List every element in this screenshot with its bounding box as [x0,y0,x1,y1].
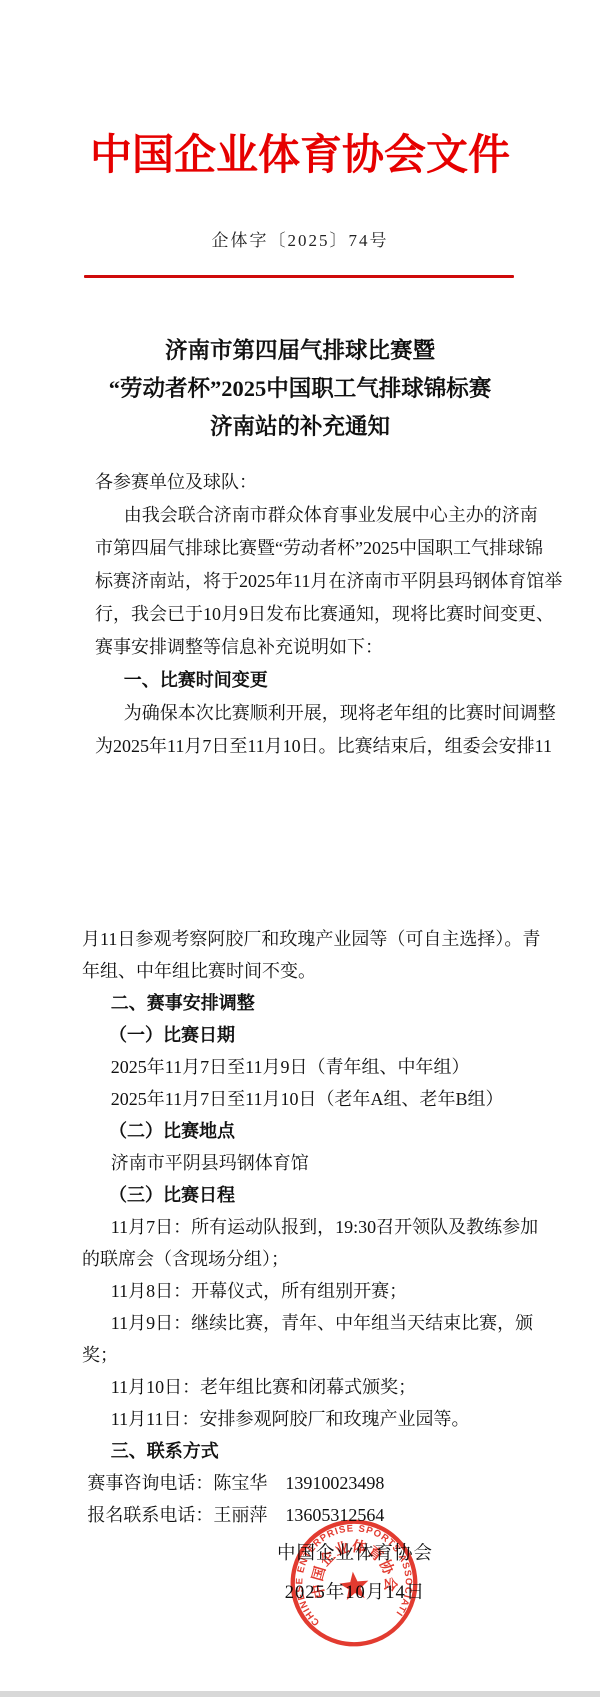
body-page-2: 月11日参观考察阿胶厂和玫瑰产业园等（可自主选择）。青年组、中年组比赛时间不变。… [0,923,600,1531]
text-line: 赛事安排调整等信息补充说明如下： [95,631,540,664]
text-line: 由我会联合济南市群众体育事业发展中心主办的济南 [95,499,540,532]
document-number: 企体字〔2025〕74号 [0,226,600,251]
text-line: 11月9日：继续比赛，青年、中年组当天结束比赛，颁 [82,1307,540,1339]
text-line: 标赛济南站，将于2025年11月在济南市平阴县玛钢体育馆举 [95,565,540,598]
text-line: 奖； [82,1339,540,1371]
text-line: 11月10日：老年组比赛和闭幕式颁奖； [82,1371,540,1403]
text-line: 11月8日：开幕仪式，所有组别开赛； [82,1275,540,1307]
text-line: 为2025年11月7日至11月10日。比赛结束后，组委会安排11 [95,730,540,763]
text-line: 11月11日：安排参观阿胶厂和玫瑰产业园等。 [82,1403,540,1435]
text-line: 月11日参观考察阿胶厂和玫瑰产业园等（可自主选择）。青 [82,923,540,955]
document-page: 中国企业体育协会文件 企体字〔2025〕74号 济南市第四届气排球比赛暨“劳动者… [0,0,600,1697]
document-title: 济南市第四届气排球比赛暨“劳动者杯”2025中国职工气排球锦标赛济南站的补充通知 [0,332,600,446]
text-line: 三、联系方式 [82,1435,540,1467]
text-line: 的联席会（含现场分组）； [82,1243,540,1275]
text-line: 市第四届气排球比赛暨“劳动者杯”2025中国职工气排球锦 [95,532,540,565]
text-line: 二、赛事安排调整 [82,987,540,1019]
official-seal-stamp-icon: CHINESE ENTERPRISE SPORTS ASSOCIATION 中国… [280,1509,427,1656]
text-line: 各参赛单位及球队： [95,466,540,499]
text-line: （二）比赛地点 [82,1115,540,1147]
text-line: 2025年11月7日至11月9日（青年组、中年组） [82,1051,540,1083]
text-line: 11月7日：所有运动队报到，19:30召开领队及教练参加 [82,1211,540,1243]
seal-star-icon [338,1570,370,1601]
text-line: 年组、中年组比赛时间不变。 [82,955,540,987]
text-line: （三）比赛日程 [82,1179,540,1211]
text-line: “劳动者杯”2025中国职工气排球锦标赛 [0,370,600,408]
scan-page-edge [0,1691,600,1697]
document-header-title: 中国企业体育协会文件 [0,122,600,182]
text-line: 为确保本次比赛顺利开展，现将老年组的比赛时间调整 [95,697,540,730]
text-line: 行，我会已于10月9日发布比赛通知，现将比赛时间变更、 [95,598,540,631]
text-line: 一、比赛时间变更 [95,664,540,697]
text-line: 2025年11月7日至11月10日（老年A组、老年B组） [82,1083,540,1115]
text-line: 赛事咨询电话：陈宝华 13910023498 [82,1467,540,1499]
text-line: 济南站的补充通知 [0,408,600,446]
red-divider-rule [84,275,514,278]
text-line: 济南市第四届气排球比赛暨 [0,332,600,370]
text-line: 济南市平阴县玛钢体育馆 [82,1147,540,1179]
text-line: （一）比赛日期 [82,1019,540,1051]
body-page-1: 各参赛单位及球队：由我会联合济南市群众体育事业发展中心主办的济南市第四届气排球比… [0,466,600,763]
